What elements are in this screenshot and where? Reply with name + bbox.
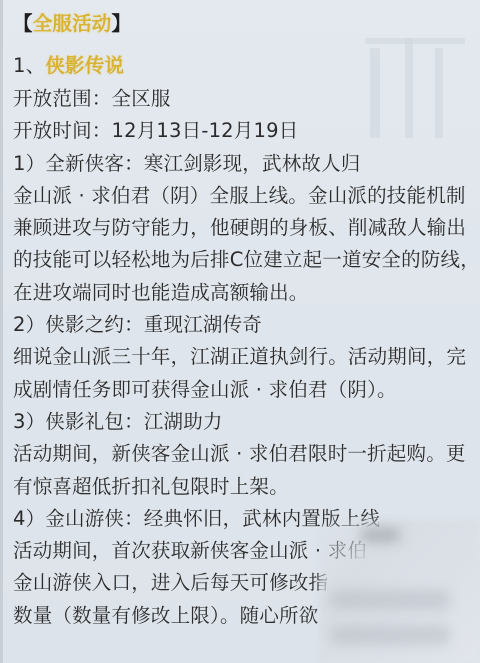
time-label: 开放时间： bbox=[13, 119, 112, 142]
item-line: 成剧情任务即可获得金山派 · 求伯君（阴）。 bbox=[13, 374, 472, 406]
event-time: 开放时间：12月13日-12月19日 bbox=[13, 115, 472, 147]
item-line: 在进攻端同时也能造成高额输出。 bbox=[13, 277, 472, 309]
item-1: 1）全新侠客：寒江剑影现，武林故人归 金山派 · 求伯君（阴）全服上线。金山派的… bbox=[13, 148, 472, 309]
item-line: 的技能可以轻松地为后排C位建立起一道安全的防线， bbox=[13, 244, 472, 276]
item-3: 3）侠影礼包：江湖助力 活动期间，新侠客金山派 · 求伯君限时一折起购。更 有惊… bbox=[13, 406, 472, 503]
event-scope: 开放范围：全区服 bbox=[13, 83, 472, 115]
scope-label: 开放范围： bbox=[13, 87, 112, 110]
event-name: 侠影传说 bbox=[45, 54, 124, 77]
time-value: 12月13日-12月19日 bbox=[112, 119, 299, 142]
event-title: 1、侠影传说 bbox=[13, 48, 472, 83]
scope-value: 全区服 bbox=[112, 87, 171, 110]
item-line: 活动期间，新侠客金山派 · 求伯君限时一折起购。更 bbox=[13, 438, 472, 470]
item-heading: 2）侠影之约：重现江湖传奇 bbox=[13, 309, 472, 341]
section-title: 全服活动 bbox=[33, 12, 112, 35]
item-heading: 1）全新侠客：寒江剑影现，武林故人归 bbox=[13, 148, 472, 180]
item-heading: 3）侠影礼包：江湖助力 bbox=[13, 406, 472, 438]
bracket-open: 【 bbox=[13, 12, 33, 35]
blur-smudge bbox=[330, 590, 450, 610]
item-2: 2）侠影之约：重现江湖传奇 细说金山派三十年，江湖正道执剑行。活动期间，完 成剧… bbox=[13, 309, 472, 406]
item-line: 细说金山派三十年，江湖正道执剑行。活动期间，完 bbox=[13, 341, 472, 373]
event-number: 1、 bbox=[13, 54, 45, 77]
section-header: 【全服活动】 bbox=[13, 8, 472, 48]
bracket-close: 】 bbox=[112, 12, 132, 35]
item-line: 兼顾进攻与防守能力，他硬朗的身板、削减敌人输出 bbox=[13, 212, 472, 244]
blur-smudge bbox=[360, 528, 400, 542]
item-line: 有惊喜超低折扣礼包限时上架。 bbox=[13, 471, 472, 503]
blur-smudge bbox=[330, 625, 450, 645]
item-line: 金山派 · 求伯君（阴）全服上线。金山派的技能机制 bbox=[13, 180, 472, 212]
